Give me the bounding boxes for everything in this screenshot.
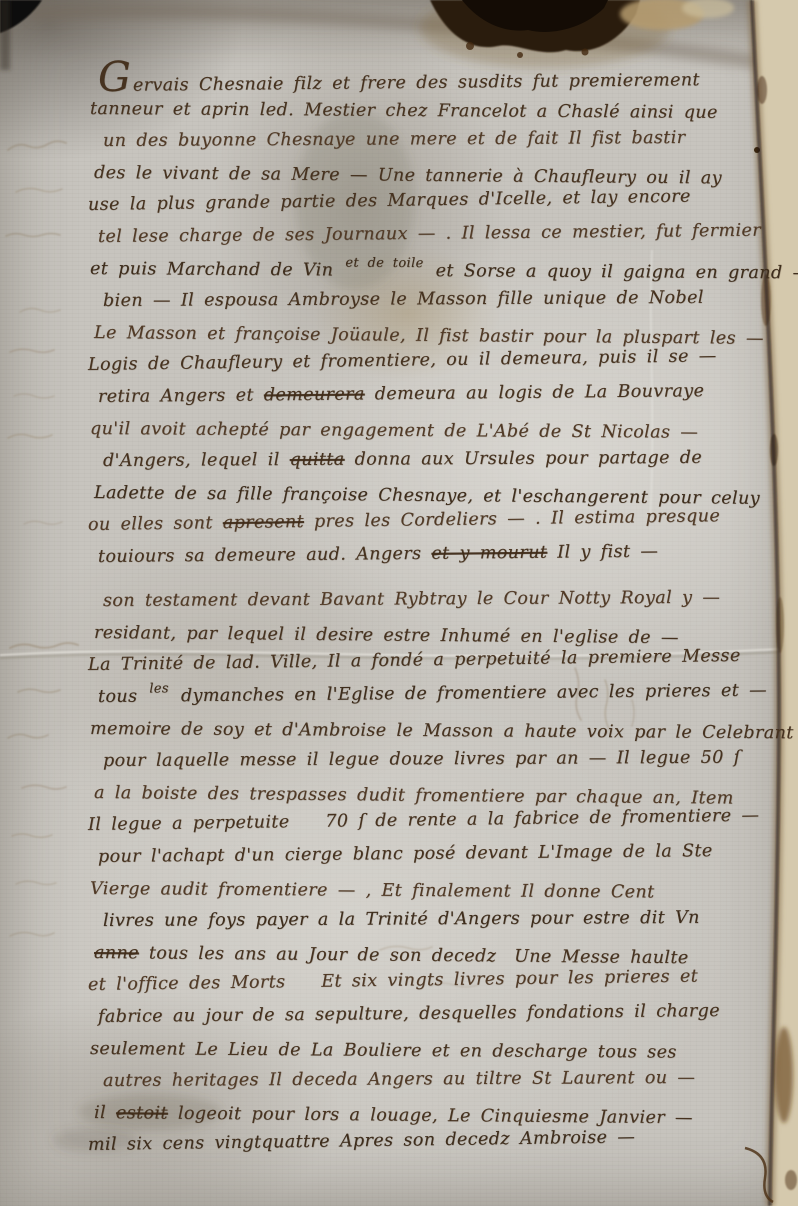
manuscript-line: bien — Il espousa Ambroyse le Masson fil…	[103, 283, 742, 318]
manuscript-line: tous les dymanches en l'Eglise de fromen…	[98, 676, 742, 714]
manuscript-line: pour laquelle messe il legue douze livre…	[103, 743, 742, 778]
manuscript-line: fabrice au jour de sa sepulture, desquel…	[98, 996, 742, 1034]
manuscript-lines: Gervais Chesnaie filz et frere des susdi…	[0, 62, 798, 1162]
manuscript-line: un des buyonne Chesnaye une mere et de f…	[103, 123, 742, 158]
manuscript-line: retira Angers et demeurera demeura au lo…	[98, 376, 742, 414]
manuscript-line: son testament devant Bavant Rybtray le C…	[103, 583, 742, 618]
manuscript-line: touiours sa demeure aud. Angers et y mou…	[98, 536, 742, 574]
manuscript-photo: Gervais Chesnaie filz et frere des susdi…	[0, 0, 798, 1206]
manuscript-line: Gervais Chesnaie filz et frere des susdi…	[98, 56, 742, 94]
manuscript-line: d'Angers, lequel il quitta donna aux Urs…	[103, 443, 742, 478]
manuscript-line: autres heritages Il deceda Angers au til…	[103, 1063, 742, 1098]
manuscript-line: livres une foys payer a la Trinité d'Ang…	[103, 903, 742, 938]
manuscript-line: pour l'achapt d'un cierge blanc posé dev…	[98, 836, 742, 874]
